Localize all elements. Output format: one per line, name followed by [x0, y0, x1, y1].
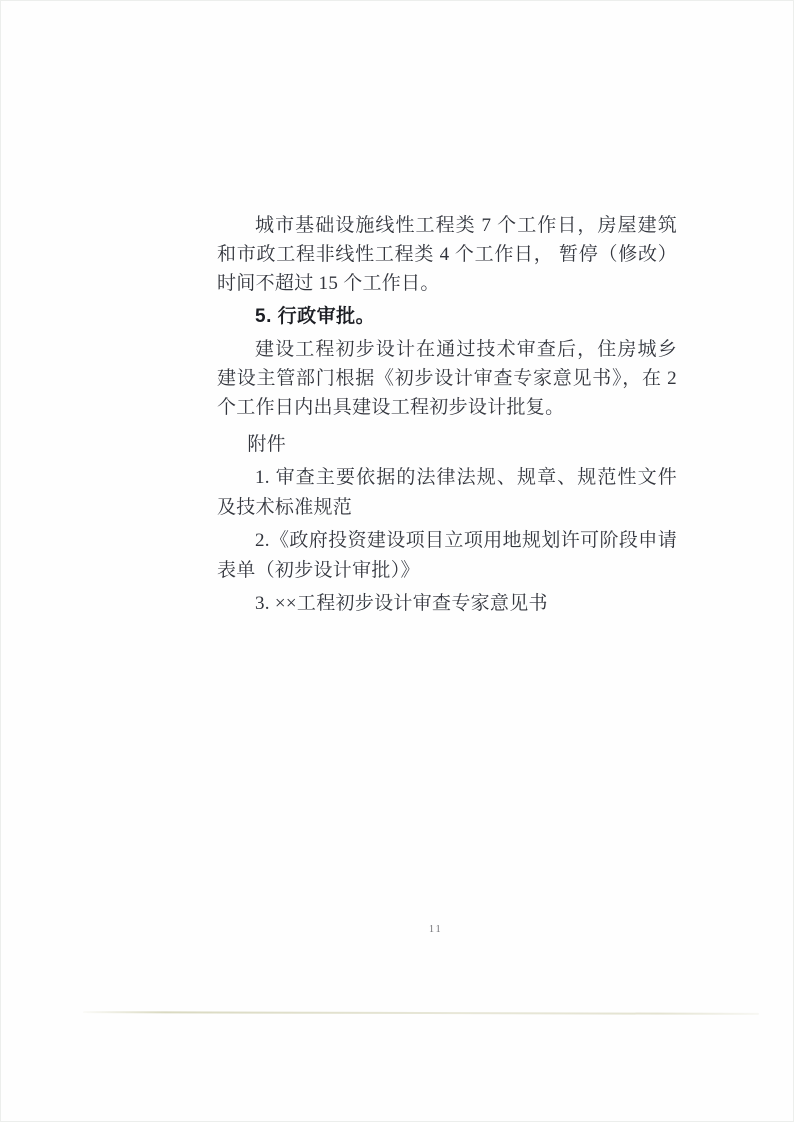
scanned-document-page: 城市基础设施线性工程类 7 个工作日，房屋建筑和市政工程非线性工程类 4 个工作… — [0, 0, 794, 1122]
attachment-item-3: 3. ××工程初步设计审查专家意见书 — [217, 589, 677, 619]
attachments-section: 附件 1. 审查主要依据的法律法规、规章、规范性文件及技术标准规范 2.《政府投… — [217, 430, 677, 619]
attachments-label: 附件 — [217, 430, 677, 460]
attachment-item-2: 2.《政府投资建设项目立项用地规划许可阶段申请表单（初步设计审批）》 — [217, 526, 677, 586]
scan-artifact-line — [83, 1011, 759, 1015]
document-body: 城市基础设施线性工程类 7 个工作日，房屋建筑和市政工程非线性工程类 4 个工作… — [217, 211, 677, 422]
section-heading-administrative-approval: 5. 行政审批。 — [217, 302, 677, 331]
attachment-item-1: 1. 审查主要依据的法律法规、规章、规范性文件及技术标准规范 — [217, 463, 677, 523]
paragraph-working-days: 城市基础设施线性工程类 7 个工作日，房屋建筑和市政工程非线性工程类 4 个工作… — [217, 211, 677, 298]
page-number: 11 — [429, 924, 443, 935]
paragraph-approval-process: 建设工程初步设计在通过技术审查后，住房城乡建设主管部门根据《初步设计审查专家意见… — [217, 335, 677, 422]
